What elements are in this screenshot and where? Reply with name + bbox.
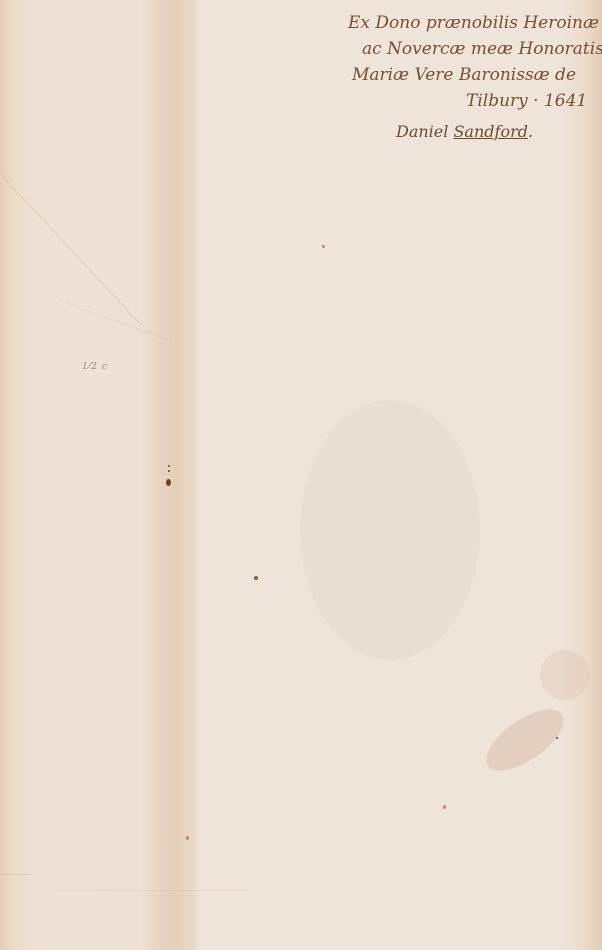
- foxing-stain: [477, 698, 574, 782]
- paper-crease: [1, 175, 142, 326]
- signature-given-name: Daniel: [396, 122, 448, 141]
- foxing-stain: [300, 400, 480, 660]
- signature-period: .: [528, 122, 533, 141]
- foxing-stain: [540, 650, 590, 700]
- paper-fold: [50, 890, 250, 891]
- inscription-line-1: Ex Dono prænobilis Heroinæ: [348, 10, 598, 36]
- signature: Daniel Sandford.: [396, 122, 533, 141]
- manuscript-page: Ex Dono prænobilis Heroinæ ac Novercæ me…: [0, 0, 602, 950]
- ownership-inscription: Ex Dono prænobilis Heroinæ ac Novercæ me…: [348, 10, 598, 114]
- ink-speck: [322, 245, 325, 248]
- inscription-line-3: Mariæ Vere Baronissæ de: [352, 62, 598, 88]
- ink-speck: [254, 576, 258, 580]
- margin-note: 1⁄2 c: [82, 362, 108, 372]
- ink-speck: [166, 479, 171, 486]
- ink-speck: [168, 465, 170, 467]
- ink-speck: [186, 836, 189, 840]
- inscription-line-4: Tilbury · 1641: [466, 88, 598, 114]
- ink-speck: [443, 805, 446, 809]
- inscription-line-2: ac Novercæ meæ Honoratissimæ: [362, 36, 598, 62]
- paper-crease: [60, 300, 173, 342]
- ink-speck: [556, 737, 558, 739]
- paper-fold: [0, 874, 30, 875]
- ink-speck: [168, 470, 170, 472]
- signature-surname: Sandford: [453, 122, 528, 141]
